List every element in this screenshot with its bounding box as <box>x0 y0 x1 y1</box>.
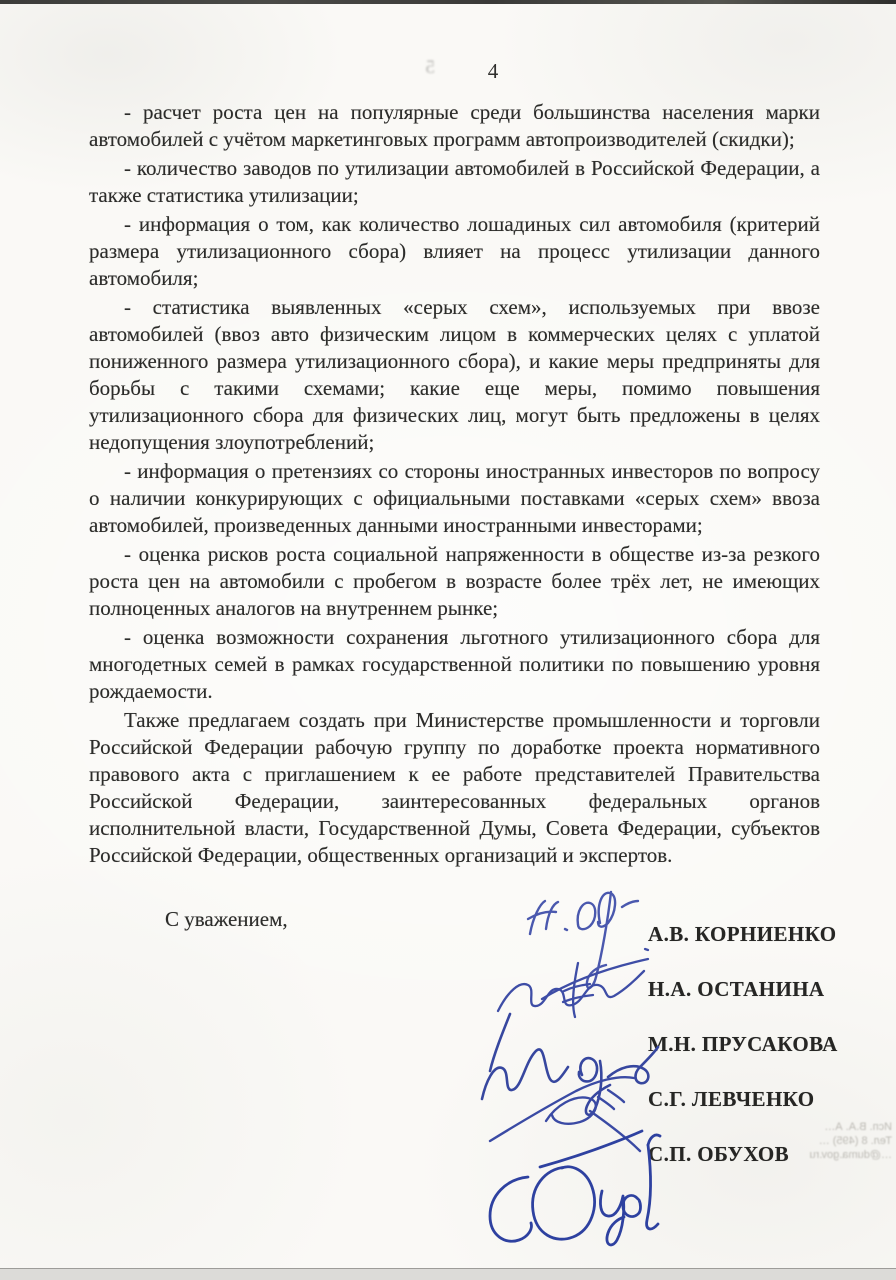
bleedthrough-line: …@duma.gov.ru <box>788 1148 892 1162</box>
document-page: 5 4 - расчет роста цен на популярные сре… <box>0 4 896 1268</box>
body-paragraph: - расчет роста цен на популярные среди б… <box>89 99 820 153</box>
signature-obukhov-ink <box>490 1131 660 1245</box>
signature-ostanina-ink <box>498 949 648 1017</box>
closing-salutation: С уважением, <box>165 907 288 932</box>
bleedthrough-line: Тел. 8 (495) … <box>788 1134 892 1148</box>
bleedthrough-page-number: 5 <box>415 57 435 79</box>
body-paragraph: - информация о претензиях со стороны ино… <box>89 458 820 539</box>
body-paragraph: Также предлагаем создать при Министерств… <box>89 707 820 869</box>
page-number: 4 <box>478 59 508 84</box>
bleedthrough-line: Исп. В.А. А… <box>788 1120 892 1134</box>
scanned-letter-page: { "page": { "number": "4" }, "document":… <box>0 0 896 1280</box>
signature-kornienko-ink <box>528 892 638 988</box>
body-paragraph: - количество заводов по утилизации автом… <box>89 155 820 209</box>
letter-body: - расчет роста цен на популярные среди б… <box>89 99 820 871</box>
body-paragraph: - информация о том, как количество лошад… <box>89 211 820 292</box>
body-paragraph: - статистика выявленных «серых схем», ис… <box>89 294 820 456</box>
scan-edge-artifact-bottom <box>0 1268 896 1280</box>
body-paragraph: - оценка возможности сохранения льготног… <box>89 624 820 705</box>
body-paragraph: - оценка рисков роста социальной напряже… <box>89 541 820 622</box>
bleedthrough-contact-text: Исп. В.А. А… Тел. 8 (495) … …@duma.gov.r… <box>788 1120 892 1162</box>
handwritten-signatures <box>450 879 700 1249</box>
